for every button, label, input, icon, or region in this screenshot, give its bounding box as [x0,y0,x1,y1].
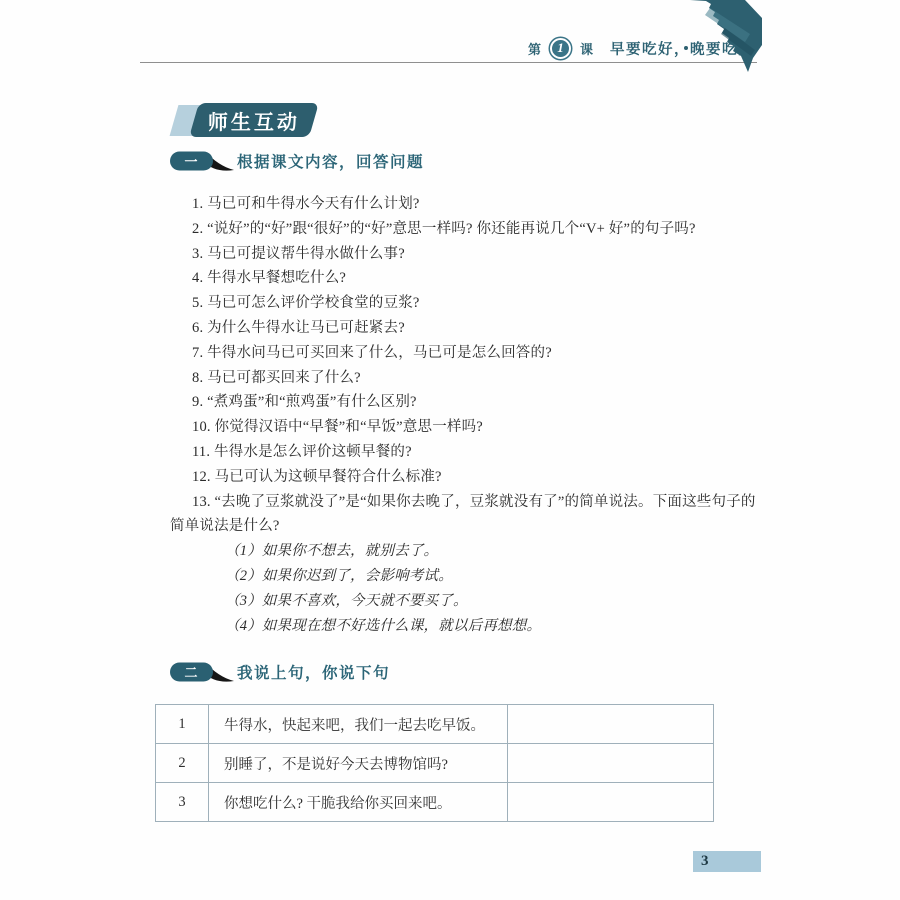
page-number-bar: 3 [693,851,761,872]
question-item: 11. 牛得水是怎么评价这顿早餐的? [170,440,764,465]
prompt-cell: 别睡了，不是说好今天去博物馆吗? [209,744,508,783]
row-number-cell: 2 [156,744,209,783]
section-marker-pill-icon: 一 [170,149,234,173]
sub-item: （3）如果不喜欢，今天就不要买了。 [170,589,764,614]
question-item: 12. 马已可认为这顿早餐符合什么标准? [170,465,764,490]
question-item: 1. 马已可和牛得水今天有什么计划? [170,192,764,217]
question-item: 7. 牛得水问马已可买回来了什么，马已可是怎么回答的? [170,341,764,366]
question-item: 5. 马已可怎么评价学校食堂的豆浆? [170,291,764,316]
question-list: 1. 马已可和牛得水今天有什么计划? 2. “说好”的“好”跟“很好”的“好”意… [170,192,764,638]
prompt-cell: 牛得水，快起来吧，我们一起去吃早饭。 [209,705,508,744]
sub-item: （1）如果你不想去，就别去了。 [170,539,764,564]
section-two-marker: 二 [170,660,234,684]
svg-text:一: 一 [184,154,197,169]
section-two-title: 我说上句，你说下句 [237,661,390,683]
question-item: 9. “煮鸡蛋”和“煎鸡蛋”有什么区别? [170,390,764,415]
question-item: 3. 马已可提议帮牛得水做什么事? [170,242,764,267]
page-number: 3 [701,851,709,872]
badge-plate: 师生互动 [189,103,319,137]
svg-text:二: 二 [184,665,197,680]
textbook-page: 第 1 课 早要吃好，晚要吃少 师生互动 一 根据课文内容，回答问题 1. 马已… [0,0,900,900]
section-one-marker: 一 [170,149,234,173]
row-number-cell: 1 [156,705,209,744]
great-wall-art-icon [655,0,762,75]
question-item: 6. 为什么牛得水让马已可赶紧去? [170,316,764,341]
answer-cell [508,783,714,822]
prompt-cell: 你想吃什么? 干脆我给你买回来吧。 [209,783,508,822]
question-13-sub-items: （1）如果你不想去，就别去了。 （2）如果你迟到了，会影响考试。 （3）如果不喜… [170,539,764,638]
section-two-heading: 二 我说上句，你说下句 [170,660,390,684]
section-one-title: 根据课文内容，回答问题 [237,150,424,172]
question-item: 8. 马已可都买回来了什么? [170,366,764,391]
question-item: 2. “说好”的“好”跟“很好”的“好”意思一样吗? 你还能再说几个“V+ 好”… [170,217,764,242]
question-item: 10. 你觉得汉语中“早餐”和“早饭”意思一样吗? [170,415,764,440]
table-row: 1 牛得水，快起来吧，我们一起去吃早饭。 [156,705,714,744]
lesson-suffix-label: 课 [580,39,593,58]
sub-item: （4）如果现在想不好选什么课，就以后再想想。 [170,614,764,639]
activity-badge: 师生互动 [168,103,328,139]
table-row: 2 别睡了，不是说好今天去博物馆吗? [156,744,714,783]
lesson-prefix-label: 第 [528,39,541,58]
table-row: 3 你想吃什么? 干脆我给你买回来吧。 [156,783,714,822]
answer-cell [508,744,714,783]
section-one-heading: 一 根据课文内容，回答问题 [170,149,424,173]
question-item: 4. 牛得水早餐想吃什么? [170,266,764,291]
lesson-number-badge: 1 [550,38,571,59]
sub-item: （2）如果你迟到了，会影响考试。 [170,564,764,589]
dialogue-table: 1 牛得水，快起来吧，我们一起去吃早饭。 2 别睡了，不是说好今天去博物馆吗? … [155,704,714,822]
answer-cell [508,705,714,744]
question-item: 13. “去晚了豆浆就没了”是“如果你去晚了，豆浆就没有了”的简单说法。下面这些… [170,490,764,540]
row-number-cell: 3 [156,783,209,822]
badge-label: 师生互动 [208,106,300,135]
section-marker-pill-icon: 二 [170,660,234,684]
